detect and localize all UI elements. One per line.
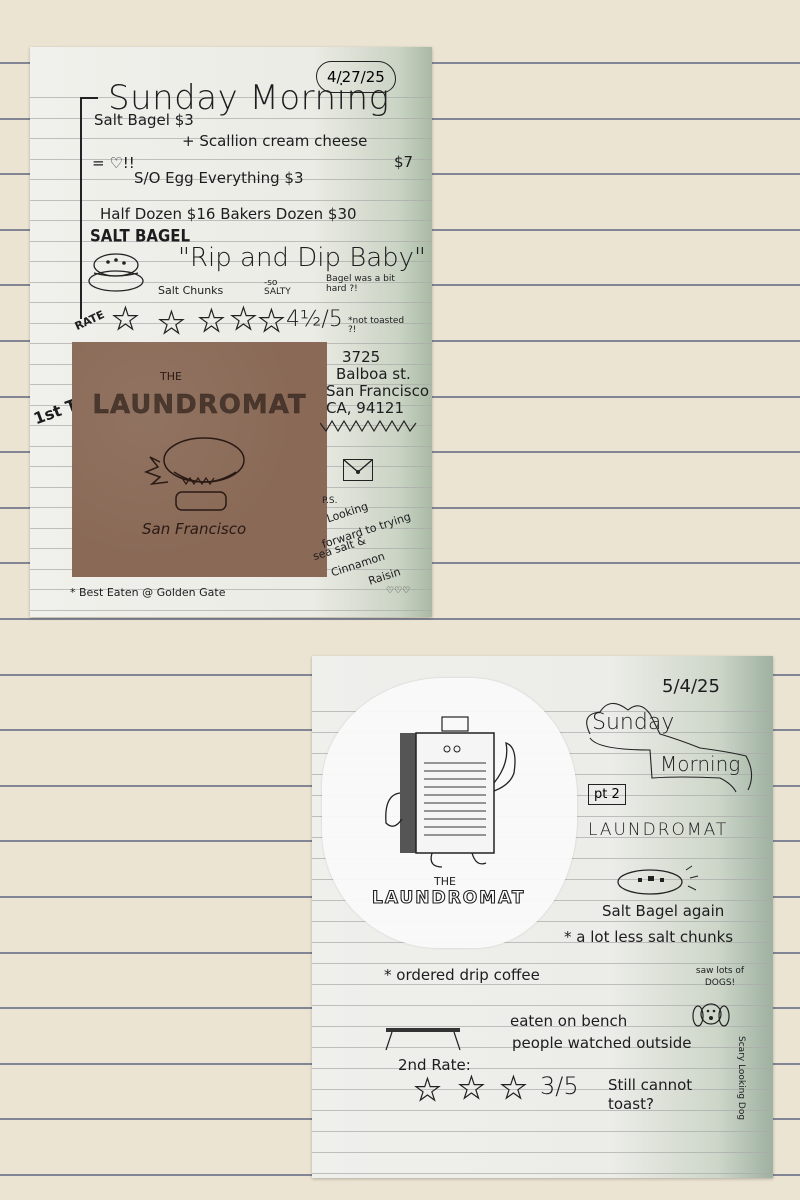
bagel-sandwich-doodle (86, 251, 146, 295)
bracket-top (80, 97, 98, 99)
note-people-watched: people watched outside (512, 1036, 692, 1051)
address-line-3: San Francisco (326, 384, 429, 399)
note-scary-dog: Scary Looking Dog (736, 1036, 745, 1106)
note-dogs: saw lots of DOGS! (680, 966, 760, 989)
note-salt-chunks: Salt Chunks (158, 285, 223, 296)
page-rule-line (312, 963, 773, 964)
star-icon: ★ (230, 305, 257, 335)
note-cannot-toast: Still cannot toast? (608, 1076, 718, 1114)
address-line-4: CA, 94121 (326, 401, 404, 416)
menu-price: $7 (394, 155, 413, 170)
ps-line-1: P.S. (322, 497, 337, 506)
zigzag-doodle (320, 419, 420, 433)
rating-value: 4½/5 (286, 309, 343, 331)
star-icon: ★ (158, 309, 185, 339)
star-icon: ★ (414, 1076, 441, 1106)
ps-hearts: ♡♡♡ (386, 587, 410, 596)
star-icon: ★ (112, 305, 139, 335)
menu-line-2: + Scallion cream cheese (182, 134, 367, 149)
salt-bagel-doodle (614, 862, 704, 898)
entry-title: Sunday Morning (108, 81, 390, 115)
note-bagel-hard: Bagel was a bit hard ?! (326, 275, 396, 295)
page-rule-line (30, 159, 432, 160)
page-rule-line (312, 1131, 773, 1132)
star-icon: ★ (458, 1074, 485, 1104)
page-rule-line (30, 200, 432, 201)
laundromat-bag-photo: THE LAUNDROMAT San Francisco (72, 342, 327, 577)
page-rule-line (312, 1173, 773, 1174)
page-rule-line (30, 118, 432, 119)
note-not-toasted: *not toasted ?! (348, 317, 408, 335)
note-eaten-on-bench: eaten on bench (510, 1014, 627, 1029)
bagel-box-mascot (382, 713, 522, 873)
note-less-salt: * a lot less salt chunks (564, 928, 734, 946)
journal-page-entry-2: THE LAUNDROMAT 5/4/25 Sunday Morning pt … (312, 656, 773, 1178)
squiggle-title-border (580, 694, 760, 794)
menu-line-3: = ♡!! (92, 156, 135, 171)
envelope-icon (343, 459, 373, 481)
page-rule-line (312, 1152, 773, 1153)
note-salt-bagel-again: Salt Bagel again (602, 904, 724, 919)
dog-doodle (686, 996, 736, 1036)
sticker-the: THE (434, 876, 456, 887)
laundromat-sticker: THE LAUNDROMAT (322, 678, 577, 948)
slogan: "Rip and Dip Baby" (178, 245, 426, 271)
menu-line-1: Salt Bagel $3 (94, 113, 194, 128)
background-rule (0, 618, 800, 620)
menu-line-4: S/O Egg Everything $3 (134, 171, 304, 186)
star-icon: ★ (500, 1074, 527, 1104)
rate-label: RATE (73, 309, 106, 332)
page-rule-line (30, 610, 432, 611)
place-name: LAUNDROMAT (588, 822, 728, 839)
bracket-line (80, 97, 82, 319)
salt-bagel-label: SALT BAGEL (90, 228, 190, 245)
menu-line-5: Half Dozen $16 Bakers Dozen $30 (100, 207, 357, 222)
bag-city: San Francisco (142, 520, 246, 538)
bag-the: THE (160, 370, 182, 383)
note-drip-coffee: * ordered drip coffee (384, 968, 540, 983)
bagel-monster-illustration (140, 422, 260, 517)
part-badge: pt 2 (588, 784, 626, 805)
footer-note: * Best Eaten @ Golden Gate (70, 587, 225, 598)
journal-page-entry-1: 4/27/25 Sunday Morning Salt Bagel $3 + S… (30, 47, 432, 617)
bench-doodle (384, 1024, 464, 1052)
address-line-1: 3725 (342, 350, 380, 365)
note-so-salty: -so SALTY (264, 279, 304, 297)
star-icon: ★ (198, 307, 225, 337)
address-line-2: Balboa st. (336, 367, 411, 382)
bag-brand: LAUNDROMAT (72, 390, 327, 420)
star-icon: ★ (258, 307, 285, 337)
page-rule-line (312, 1068, 773, 1069)
rating-value: 3/5 (540, 1074, 579, 1098)
sticker-brand: LAUNDROMAT (372, 890, 526, 907)
